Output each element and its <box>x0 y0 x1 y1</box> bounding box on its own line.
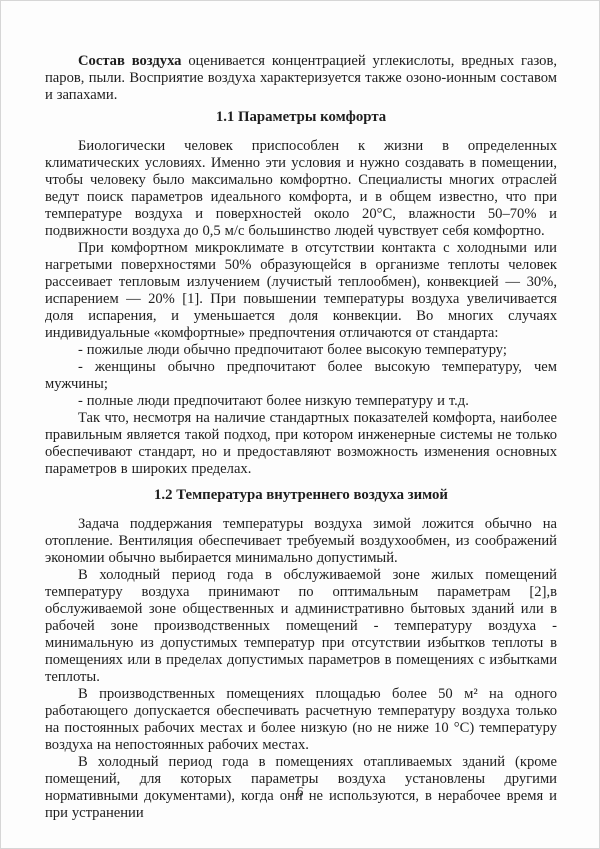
section-heading: 1.2 Температура внутреннего воздуха зимо… <box>45 487 557 504</box>
page-body: Состав воздуха оценивается концентрацией… <box>45 53 557 822</box>
body-paragraph: Состав воздуха оценивается концентрацией… <box>45 53 557 104</box>
list-item-paragraph: - женщины обычно предпочитают более высо… <box>45 359 557 393</box>
bold-lead-text: Состав воздуха <box>78 53 181 69</box>
body-paragraph: Задача поддержания температуры воздуха з… <box>45 516 557 567</box>
body-paragraph: В холодный период года в обслуживаемой з… <box>45 567 557 686</box>
body-paragraph: Биологически человек приспособлен к жизн… <box>45 138 557 240</box>
body-paragraph: Так что, несмотря на наличие стандартных… <box>45 410 557 478</box>
list-item-paragraph: - пожилые люди обычно предпочитают более… <box>45 342 557 359</box>
list-item-paragraph: - полные люди предпочитают более низкую … <box>45 393 557 410</box>
body-paragraph: В производственных помещениях площадью б… <box>45 686 557 754</box>
section-heading: 1.1 Параметры комфорта <box>45 109 557 126</box>
body-paragraph: При комфортном микроклимате в отсутствии… <box>45 240 557 342</box>
page-number: 6 <box>1 783 599 800</box>
document-page: Состав воздуха оценивается концентрацией… <box>0 0 600 849</box>
